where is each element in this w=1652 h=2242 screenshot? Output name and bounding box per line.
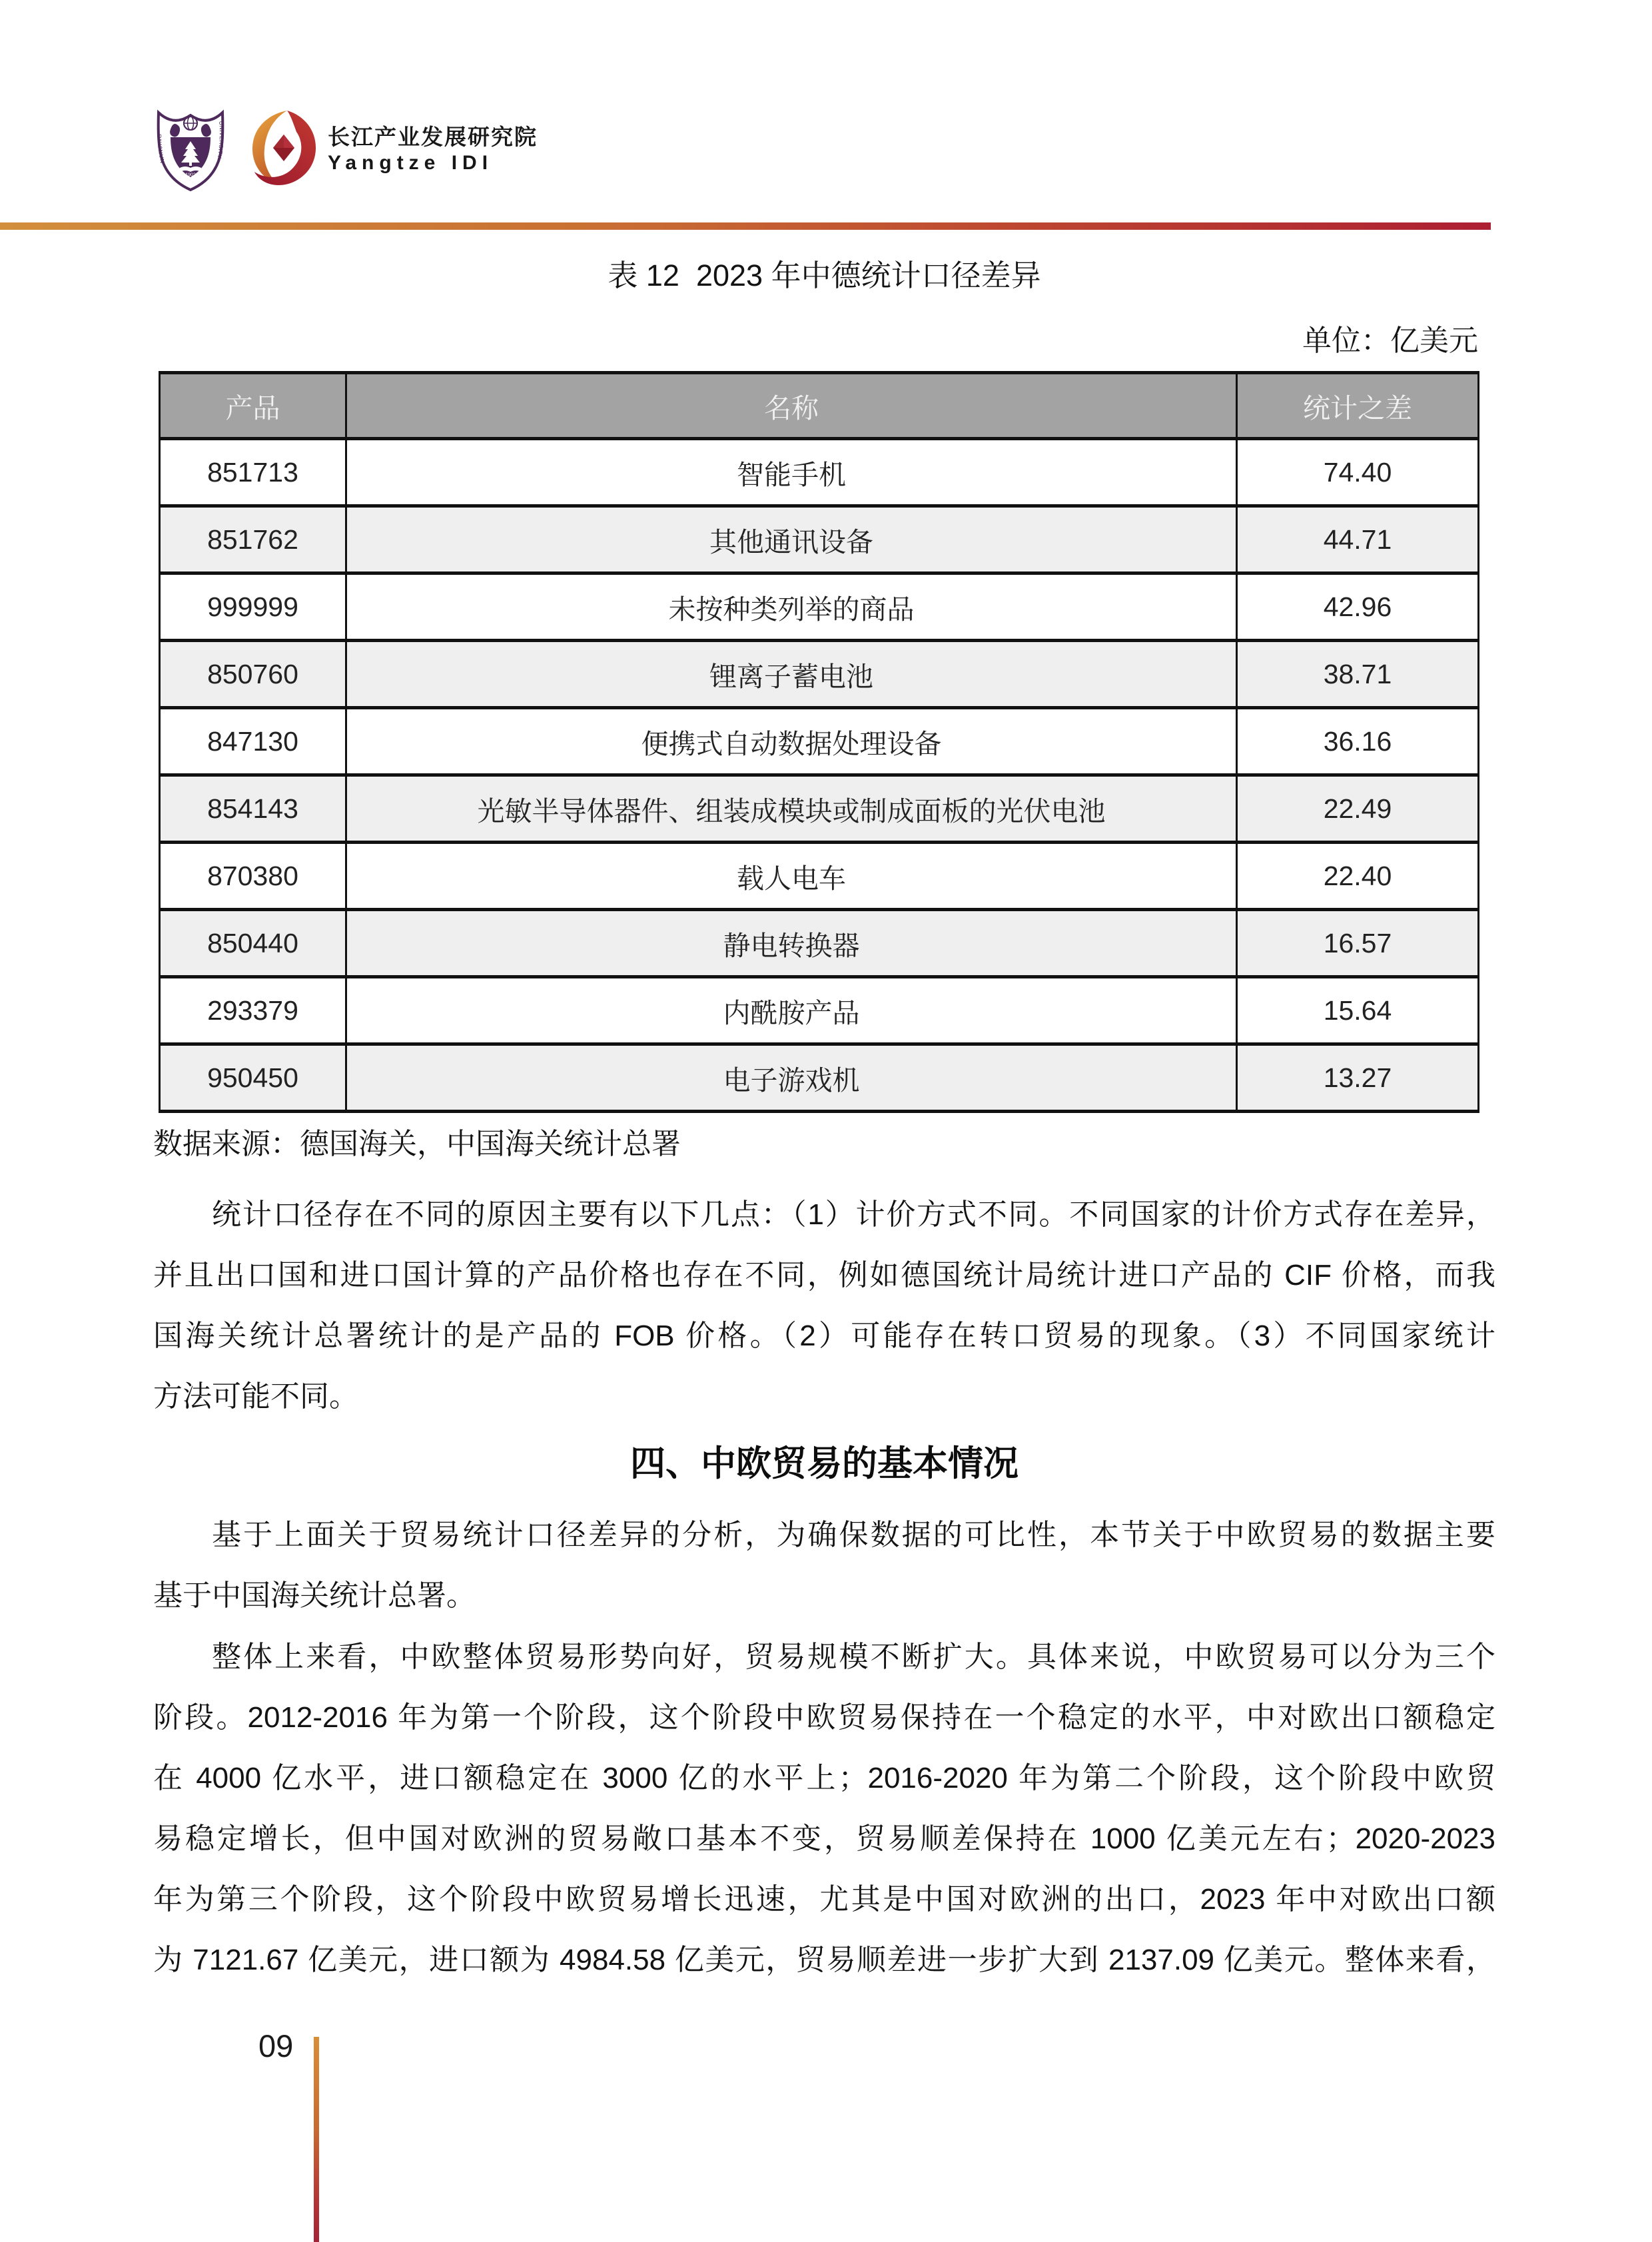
table-header-row: 产品 名称 统计之差 <box>160 373 1479 439</box>
column-header-name: 名称 <box>346 373 1237 439</box>
product-code-cell: 851762 <box>160 506 346 573</box>
text-line: 在 4000 亿水平，进口额稳定在 3000 亿的水平上；2016-2020 年… <box>153 1748 1495 1808</box>
table-body: 851713智能手机74.40851762其他通讯设备44.71999999未按… <box>160 439 1479 1112</box>
page-header: 1902 NANJING UNIVERSITY <box>0 0 1652 222</box>
table-row: 850440静电转换器16.57 <box>160 910 1479 977</box>
diff-value-cell: 38.71 <box>1237 641 1479 708</box>
product-code-cell: 870380 <box>160 843 346 910</box>
product-code-cell: 854143 <box>160 775 346 843</box>
column-header-product: 产品 <box>160 373 346 439</box>
product-name-cell: 未按种类列举的商品 <box>346 573 1237 641</box>
table-row: 850760锂离子蓄电池38.71 <box>160 641 1479 708</box>
diff-value-cell: 16.57 <box>1237 910 1479 977</box>
product-name-cell: 内酰胺产品 <box>346 977 1237 1044</box>
product-name-cell: 电子游戏机 <box>346 1044 1237 1112</box>
text-line: 统计口径存在不同的原因主要有以下几点：（1）计价方式不同。不同国家的计价方式存在… <box>153 1184 1495 1245</box>
product-code-cell: 850440 <box>160 910 346 977</box>
emblem-year-text: 1902 <box>185 173 196 178</box>
table-row: 950450电子游戏机13.27 <box>160 1044 1479 1112</box>
table-row: 851713智能手机74.40 <box>160 439 1479 506</box>
product-name-cell: 静电转换器 <box>346 910 1237 977</box>
diff-value-cell: 44.71 <box>1237 506 1479 573</box>
paragraph-data-basis: 基于上面关于贸易统计口径差异的分析，为确保数据的可比性，本节关于中欧贸易的数据主… <box>153 1505 1495 1626</box>
header-gradient-rule <box>0 222 1491 230</box>
table-unit-label: 单位：亿美元 <box>153 322 1495 360</box>
product-name-cell: 其他通讯设备 <box>346 506 1237 573</box>
product-name-cell: 光敏半导体器件、组装成模块或制成面板的光伏电池 <box>346 775 1237 843</box>
table-row: 851762其他通讯设备44.71 <box>160 506 1479 573</box>
table-row: 854143光敏半导体器件、组装成模块或制成面板的光伏电池22.49 <box>160 775 1479 843</box>
table-row: 847130便携式自动数据处理设备36.16 <box>160 708 1479 775</box>
table-row: 870380载人电车22.40 <box>160 843 1479 910</box>
table-row: 293379内酰胺产品15.64 <box>160 977 1479 1044</box>
yangtze-idi-logo-icon <box>249 109 318 188</box>
footer-gradient-rule <box>314 2037 319 2242</box>
product-code-cell: 999999 <box>160 573 346 641</box>
paragraph-trade-overview: 整体上来看，中欧整体贸易形势向好，贸易规模不断扩大。具体来说，中欧贸易可以分为三… <box>153 1627 1495 1990</box>
nanjing-university-emblem-icon: 1902 NANJING UNIVERSITY <box>156 107 225 192</box>
institute-names: 长江产业发展研究院 Yangtze IDI <box>328 125 538 175</box>
product-code-cell: 851713 <box>160 439 346 506</box>
text-line: 方法可能不同。 <box>153 1366 1495 1427</box>
page-number: 09 <box>258 2029 293 2063</box>
text-line: 整体上来看，中欧整体贸易形势向好，贸易规模不断扩大。具体来说，中欧贸易可以分为三… <box>153 1627 1495 1687</box>
column-header-diff: 统计之差 <box>1237 373 1479 439</box>
product-name-cell: 锂离子蓄电池 <box>346 641 1237 708</box>
data-source-note: 数据来源：德国海关，中国海关统计总署 <box>153 1114 1495 1174</box>
section-heading: 四、中欧贸易的基本情况 <box>153 1433 1495 1494</box>
diff-value-cell: 15.64 <box>1237 977 1479 1044</box>
product-code-cell: 847130 <box>160 708 346 775</box>
product-code-cell: 850760 <box>160 641 346 708</box>
text-line: 国海关统计总署统计的是产品的 FOB 价格。（2）可能存在转口贸易的现象。（3）… <box>153 1306 1495 1366</box>
diff-value-cell: 42.96 <box>1237 573 1479 641</box>
diff-value-cell: 13.27 <box>1237 1044 1479 1112</box>
paragraph-statistical-reasons: 统计口径存在不同的原因主要有以下几点：（1）计价方式不同。不同国家的计价方式存在… <box>153 1184 1495 1427</box>
diff-value-cell: 22.40 <box>1237 843 1479 910</box>
diff-value-cell: 74.40 <box>1237 439 1479 506</box>
text-line: 易稳定增长，但中国对欧洲的贸易敞口基本不变，贸易顺差保持在 1000 亿美元左右… <box>153 1808 1495 1869</box>
table-row: 999999未按种类列举的商品42.96 <box>160 573 1479 641</box>
product-code-cell: 293379 <box>160 977 346 1044</box>
product-code-cell: 950450 <box>160 1044 346 1112</box>
text-line: 阶段。2012-2016 年为第一个阶段，这个阶段中欧贸易保持在一个稳定的水平，… <box>153 1687 1495 1748</box>
institute-name-en: Yangtze IDI <box>328 152 538 175</box>
institute-name-cn: 长江产业发展研究院 <box>328 125 538 149</box>
diff-value-cell: 36.16 <box>1237 708 1479 775</box>
text-line: 基于中国海关统计总署。 <box>153 1565 1495 1626</box>
diff-value-cell: 22.49 <box>1237 775 1479 843</box>
statistics-diff-table: 产品 名称 统计之差 851713智能手机74.40851762其他通讯设备44… <box>159 371 1479 1113</box>
text-line: 为 7121.67 亿美元，进口额为 4984.58 亿美元，贸易顺差进一步扩大… <box>153 1930 1495 1990</box>
product-name-cell: 智能手机 <box>346 439 1237 506</box>
product-name-cell: 便携式自动数据处理设备 <box>346 708 1237 775</box>
document-page: 1902 NANJING UNIVERSITY <box>0 0 1652 2242</box>
text-line: 并且出口国和进口国计算的产品价格也存在不同，例如德国统计局统计进口产品的 CIF… <box>153 1245 1495 1306</box>
product-name-cell: 载人电车 <box>346 843 1237 910</box>
table-title: 表 12 2023 年中德统计口径差异 <box>153 257 1495 294</box>
text-line: 年为第三个阶段，这个阶段中欧贸易增长迅速，尤其是中国对欧洲的出口，2023 年中… <box>153 1869 1495 1930</box>
text-line: 基于上面关于贸易统计口径差异的分析，为确保数据的可比性，本节关于中欧贸易的数据主… <box>153 1505 1495 1565</box>
